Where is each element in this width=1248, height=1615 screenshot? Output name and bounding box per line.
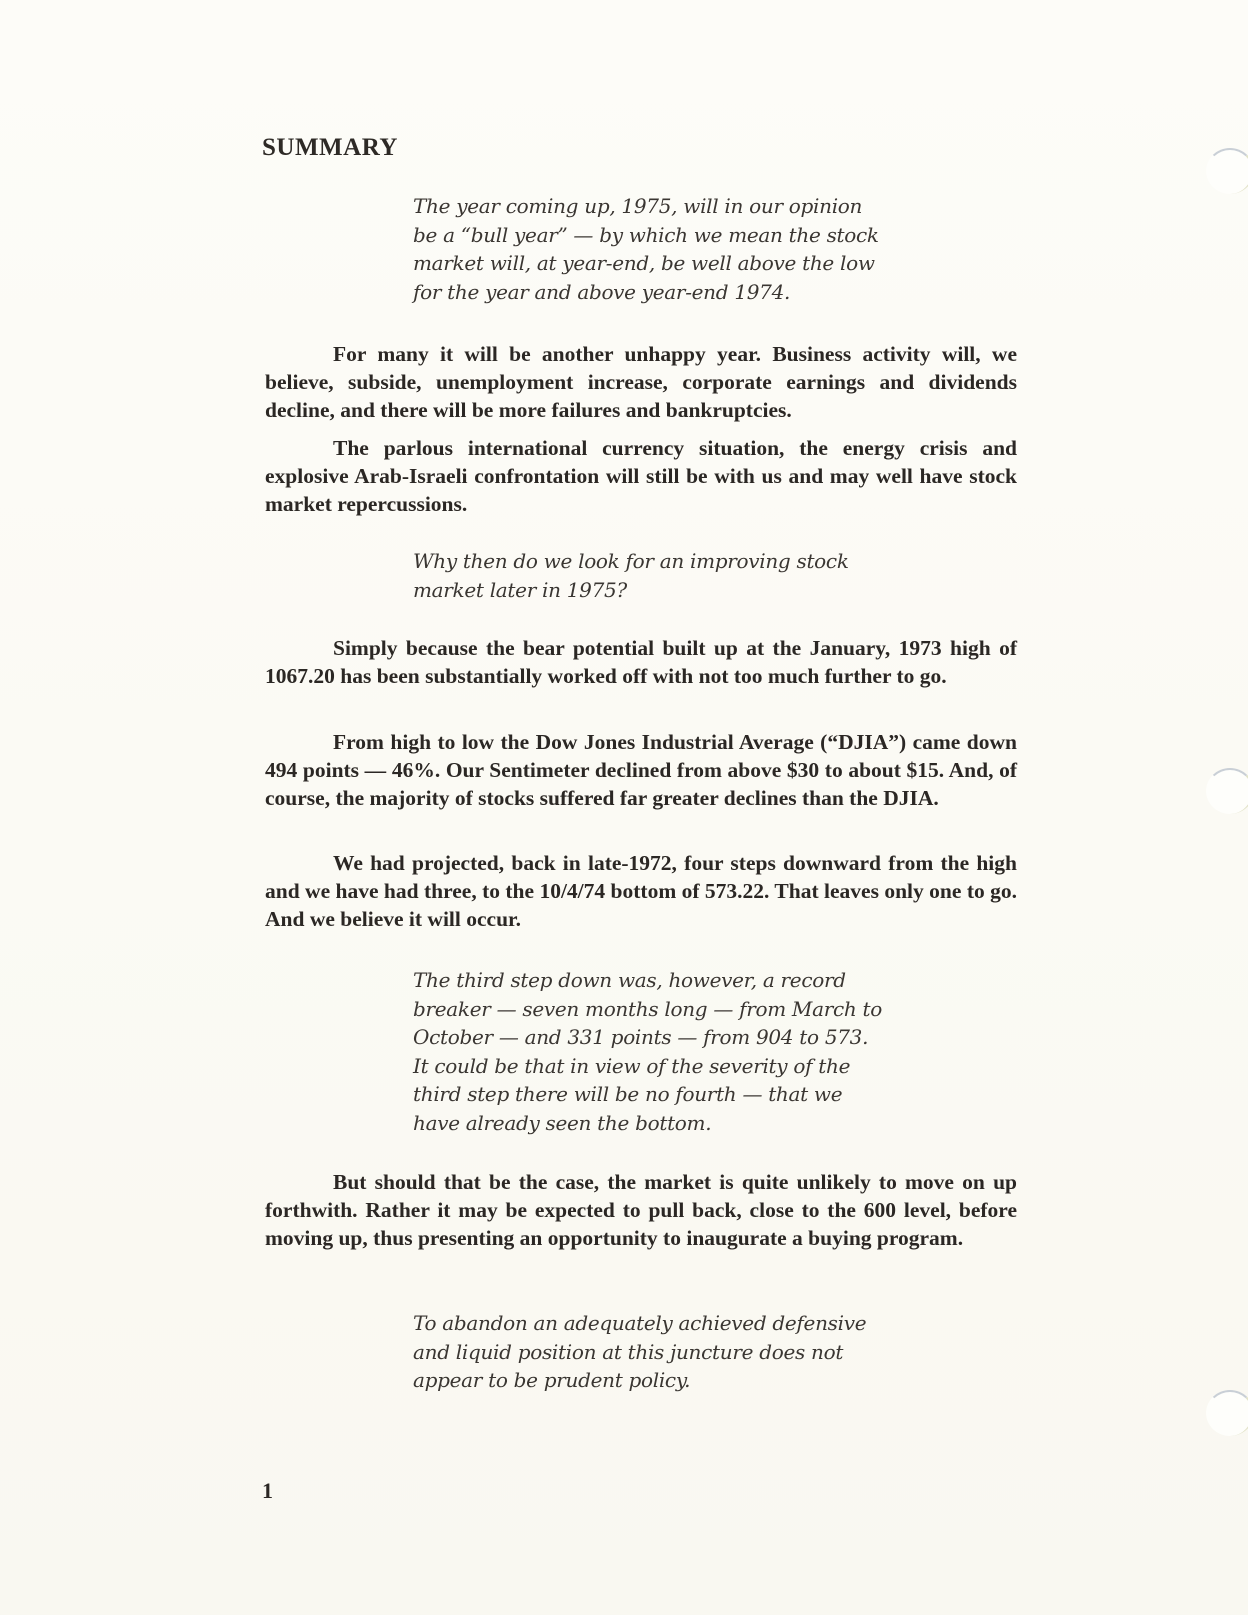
pull-quote-line: The third step down was, however, a reco… (413, 968, 846, 992)
paragraph-currency-situation: The parlous international currency situa… (265, 434, 1017, 518)
paragraph-bear-potential: Simply because the bear potential built … (265, 634, 1017, 690)
pull-quote-line: third step there will be no fourth — tha… (413, 1082, 842, 1106)
page-number: 1 (262, 1478, 273, 1504)
pull-quote-line: The year coming up, 1975, will in our op… (413, 194, 862, 218)
pull-quote-bull-year: The year coming up, 1975, will in our op… (413, 192, 883, 306)
punch-hole-icon (1206, 768, 1248, 814)
punch-hole-icon (1206, 148, 1248, 194)
paragraph-pull-back: But should that be the case, the market … (265, 1168, 1017, 1252)
pull-quote-prudent-policy: To abandon an adequately achieved defens… (413, 1309, 883, 1395)
pull-quote-line: be a “bull year” — by which we mean the … (413, 223, 879, 247)
document-page: SUMMARY The year coming up, 1975, will i… (0, 0, 1248, 1615)
pull-quote-line: October — and 331 points — from 904 to 5… (413, 1025, 868, 1049)
paragraph-four-steps: We had projected, back in late-1972, fou… (265, 849, 1017, 933)
page-title: SUMMARY (262, 134, 398, 162)
pull-quote-line: To abandon an adequately achieved defens… (413, 1311, 866, 1335)
pull-quote-line: for the year and above year-end 1974. (413, 280, 790, 304)
pull-quote-line: Why then do we look for an improving sto… (413, 549, 849, 573)
pull-quote-line: appear to be prudent policy. (413, 1368, 690, 1392)
pull-quote-line: market will, at year-end, be well above … (413, 251, 875, 275)
pull-quote-line: market later in 1975? (413, 578, 627, 602)
paragraph-djia-decline: From high to low the Dow Jones Industria… (265, 728, 1017, 812)
pull-quote-line: and liquid position at this juncture doe… (413, 1340, 843, 1364)
pull-quote-line: It could be that in view of the severity… (413, 1054, 850, 1078)
pull-quote-why-improving: Why then do we look for an improving sto… (413, 547, 883, 604)
pull-quote-third-step: The third step down was, however, a reco… (413, 966, 883, 1137)
pull-quote-line: have already seen the bottom. (413, 1111, 711, 1135)
pull-quote-line: breaker — seven months long — from March… (413, 997, 882, 1021)
punch-hole-icon (1206, 1390, 1248, 1436)
paragraph-unhappy-year: For many it will be another unhappy year… (265, 340, 1017, 424)
